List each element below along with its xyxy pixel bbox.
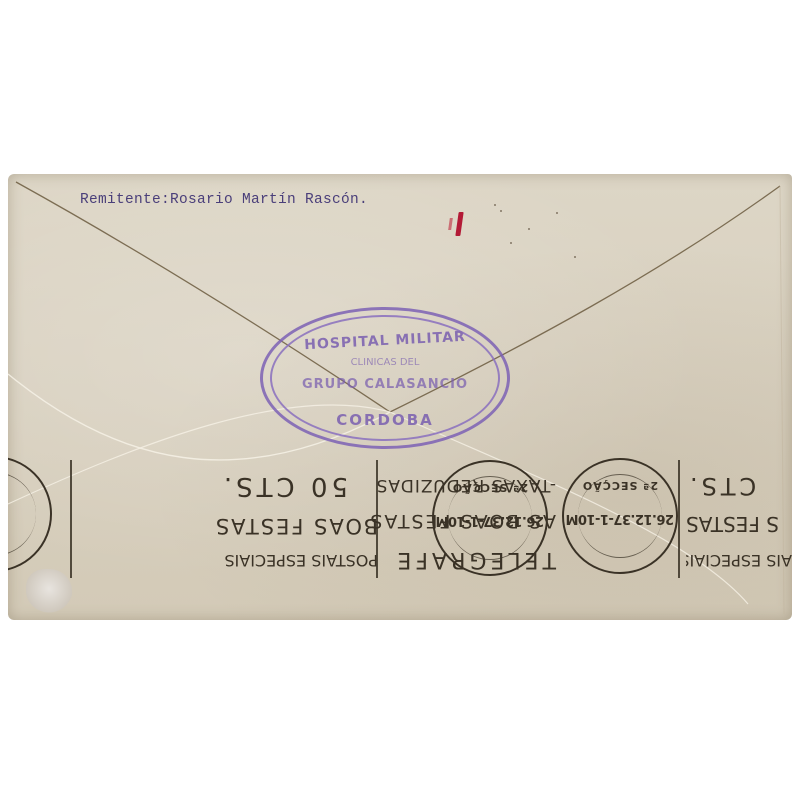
sender-line: Remitente:Rosario Martín Rascón. bbox=[80, 192, 368, 208]
postmark-date: 26.12.37-1-10M bbox=[564, 511, 676, 526]
cachet-line-4: CORDOBA bbox=[260, 411, 510, 429]
slogan-postais-especiais: POSTAIS ESPECIAIS BOAS FESTAS 50 CTS. bbox=[214, 473, 378, 568]
slogan-row: BOAS FESTAS bbox=[214, 515, 378, 536]
slogan-row: 50 CTS. bbox=[214, 473, 378, 499]
torn-paper-corner bbox=[26, 569, 72, 613]
slogan-telegrafe: TELEGRAFE AS BOAS FESTAS -TAXAS REDUZIDA… bbox=[368, 476, 556, 570]
ink-speck bbox=[556, 212, 558, 214]
hospital-cachet: HOSPITAL MILITAR CLINICAS DEL GRUPO CALA… bbox=[260, 307, 510, 449]
cachet-line-2: CLINICAS DEL bbox=[260, 357, 510, 368]
ink-speck bbox=[510, 242, 512, 244]
machine-cancellation-strip: 2 2ª POSTAIS ESPECIAIS BOAS FESTAS 50 CT… bbox=[8, 442, 792, 592]
postmark-date: 2 bbox=[8, 509, 50, 524]
ink-speck bbox=[528, 228, 530, 230]
slogan-row: S FESTAS bbox=[686, 514, 792, 534]
slogan-row: TELEGRAFE bbox=[368, 548, 556, 570]
slogan-row: AS BOAS FESTAS bbox=[368, 511, 556, 530]
cancel-divider bbox=[678, 460, 680, 578]
slogan-row: CTS. bbox=[686, 474, 792, 498]
cancel-divider bbox=[70, 460, 72, 578]
envelope-back: Remitente:Rosario Martín Rascón. HOSPITA… bbox=[8, 174, 792, 620]
slogan-row: AIS ESPECIAIS bbox=[686, 552, 792, 568]
postmark-partial: 2 2ª bbox=[8, 456, 52, 572]
ink-speck bbox=[574, 256, 576, 258]
photo-stage: Remitente:Rosario Martín Rascón. HOSPITA… bbox=[0, 0, 800, 800]
slogan-row: -TAXAS REDUZIDAS bbox=[368, 476, 556, 493]
ink-speck bbox=[494, 204, 496, 206]
slogan-row: POSTAIS ESPECIAIS bbox=[214, 552, 378, 568]
cachet-line-3: GRUPO CALASANCIO bbox=[260, 377, 510, 392]
postmark-section: 2ª bbox=[8, 477, 50, 490]
postmark-section: 2ª SECÇÃO bbox=[564, 479, 676, 492]
ink-speck bbox=[500, 210, 502, 212]
slogan-partial: AIS ESPECIAIS S FESTAS CTS. bbox=[686, 474, 792, 568]
postmark-2: 26.12.37-1-10M 2ª SECÇÃO bbox=[562, 458, 678, 574]
